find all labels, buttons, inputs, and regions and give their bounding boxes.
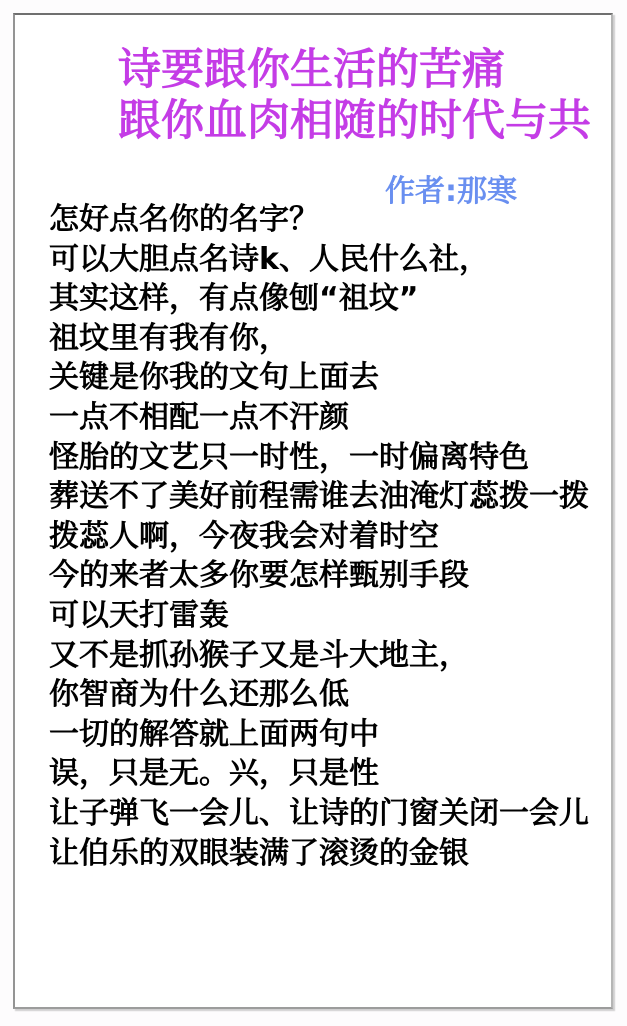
poem-line: 拨蕊人啊，今夜我会对着时空: [49, 517, 589, 557]
poem-line: 祖坟里有我有你，: [49, 319, 589, 359]
poem-line: 葬送不了美好前程需谁去油淹灯蕊拨一拨: [49, 477, 589, 517]
poem-title-line-2: 跟你血肉相随的时代与共: [118, 96, 591, 147]
poem-line: 怪胎的文艺只一时性，一时偏离特色: [49, 438, 589, 478]
poem-line: 又不是抓孙猴子又是斗大地主，: [49, 636, 589, 676]
poem-title: 诗要跟你生活的苦痛 跟你血肉相随的时代与共: [118, 45, 591, 147]
poem-line: 其实这样，有点像刨“祖坟”: [49, 279, 589, 319]
poem-line: 你智商为什么还那么低: [49, 675, 589, 715]
poem-line: 让子弹飞一会儿、让诗的门窗关闭一会儿: [49, 794, 589, 834]
poem-line: 让伯乐的双眼装满了滚烫的金银: [49, 834, 589, 874]
poem-body: 怎好点名你的名字？可以大胆点名诗k、人民什么社，其实这样，有点像刨“祖坟”祖坟里…: [49, 200, 589, 873]
poem-page: 诗要跟你生活的苦痛 跟你血肉相随的时代与共 作者:那寒 怎好点名你的名字？可以大…: [0, 0, 627, 1026]
poem-line: 关键是你我的文句上面去: [49, 358, 589, 398]
poem-line: 一切的解答就上面两句中: [49, 715, 589, 755]
poem-line: 误，只是无。兴，只是性: [49, 754, 589, 794]
poem-line: 可以大胆点名诗k、人民什么社，: [49, 240, 589, 280]
poem-line: 可以天打雷轰: [49, 596, 589, 636]
poem-line: 怎好点名你的名字？: [49, 200, 589, 240]
poem-title-line-1: 诗要跟你生活的苦痛: [118, 45, 591, 96]
poem-line: 一点不相配一点不汗颜: [49, 398, 589, 438]
poem-line: 今的来者太多你要怎样甄别手段: [49, 556, 589, 596]
